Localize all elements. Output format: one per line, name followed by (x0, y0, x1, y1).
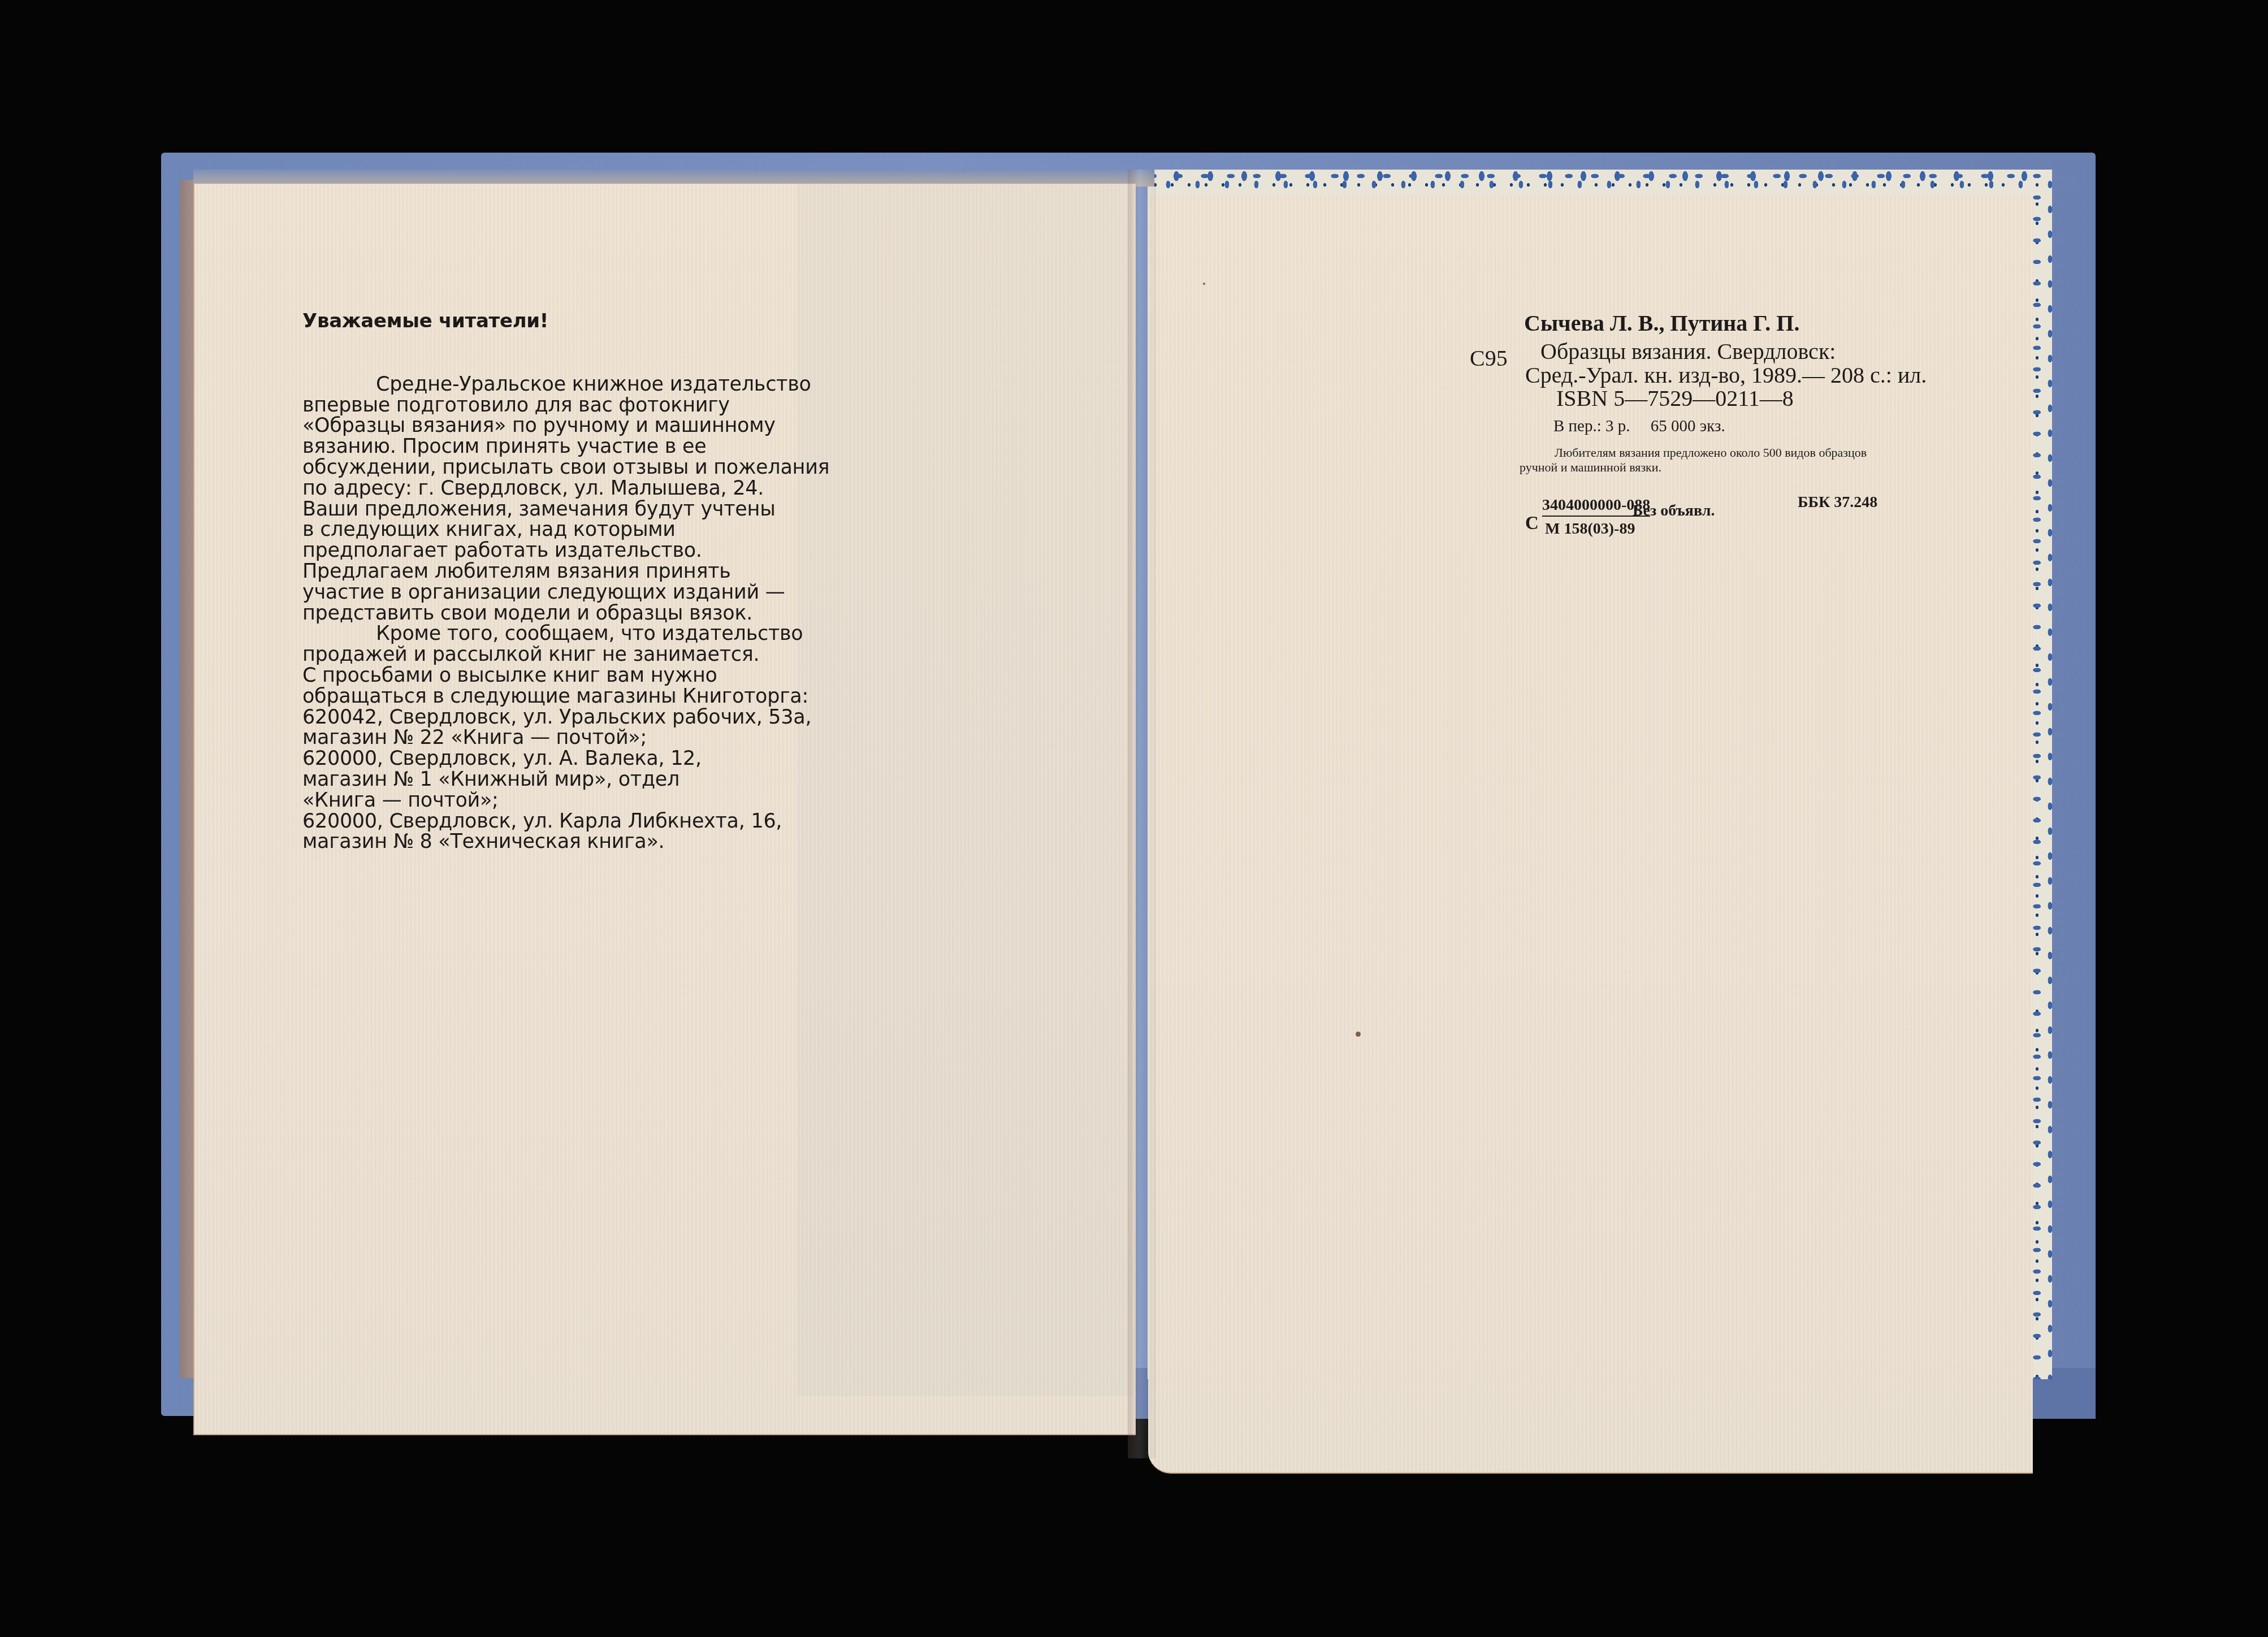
letter-body: Средне-Уральское книжное издательствовпе… (302, 374, 845, 852)
card-annotation-2: ручной и машинной вязки. (1520, 460, 1661, 475)
card-index-letter: С (1525, 513, 1539, 534)
letter-line: вязанию. Просим принять участие в ее (302, 436, 845, 457)
card-price-print-run: В пер.: 3 р. 65 000 экз. (1553, 417, 1725, 436)
letter-line: представить свои модели и образцы вязок. (302, 603, 845, 624)
publisher-letter: Уважаемые читатели! Средне-Уральское кни… (302, 311, 845, 852)
letter-line: «Образцы вязания» по ручному и машинному (302, 415, 845, 436)
card-authors: Сычева Л. В., Путина Г. П. (1524, 310, 1799, 336)
letter-line: 620042, Свердловск, ул. Уральских рабочи… (302, 707, 845, 728)
letter-line: продажей и рассылкой книг не занимается. (302, 644, 845, 665)
card-index-denominator: М 158(03)-89 (1545, 520, 1635, 538)
letter-line: магазин № 1 «Книжный мир», отдел (302, 769, 845, 790)
letter-line: участие в организации следующих изданий … (302, 582, 845, 603)
card-call-number: С95 (1470, 345, 1508, 371)
card-isbn: ISBN 5—7529—0211—8 (1556, 385, 1794, 412)
paper-speck (1203, 283, 1205, 285)
letter-line: 620000, Свердловск, ул. А. Валека, 12, (302, 748, 845, 769)
left-page-tint (797, 184, 1133, 1396)
letter-line: в следующих книгах, над которыми (302, 519, 845, 540)
letter-line: Средне-Уральское книжное издательство (302, 374, 845, 395)
card-annotation-1: Любителям вязания предложено около 500 в… (1555, 445, 1867, 460)
letter-line: Кроме того, сообщаем, что издательство (302, 623, 845, 644)
letter-line: обсуждении, присылать свои отзывы и поже… (302, 457, 845, 478)
letter-greeting: Уважаемые читатели! (302, 311, 845, 332)
card-publisher: Сред.-Урал. кн. изд-во, 1989.— 208 с.: и… (1525, 362, 1927, 388)
letter-line: магазин № 8 «Техническая книга». (302, 832, 845, 852)
letter-line: магазин № 22 «Книга — почтой»; (302, 727, 845, 748)
letter-line: по адресу: г. Свердловск, ул. Малышева, … (302, 478, 845, 499)
letter-line: Ваши предложения, замечания будут учтены (302, 499, 845, 520)
letter-line: Предлагаем любителям вязания принять (302, 561, 845, 582)
letter-line: обращаться в следующие магазины Книготор… (302, 686, 845, 707)
card-bbk: ББК 37.248 (1798, 493, 1877, 512)
letter-line: 620000, Свердловск, ул. Карла Либкнехта,… (302, 811, 845, 832)
book-gutter (1128, 170, 1156, 1458)
card-no-advertisement: Без объявл. (1633, 502, 1715, 520)
letter-line: «Книга — почтой»; (302, 790, 845, 811)
letter-line: предполагает работать издательство. (302, 540, 845, 561)
letter-line: впервые подготовило для вас фотокнигу (302, 395, 845, 416)
paper-speck (1356, 1032, 1361, 1037)
letter-line: С просьбами о высылке книг вам нужно (302, 665, 845, 686)
card-title: Образцы вязания. Свердловск: (1540, 338, 1836, 365)
